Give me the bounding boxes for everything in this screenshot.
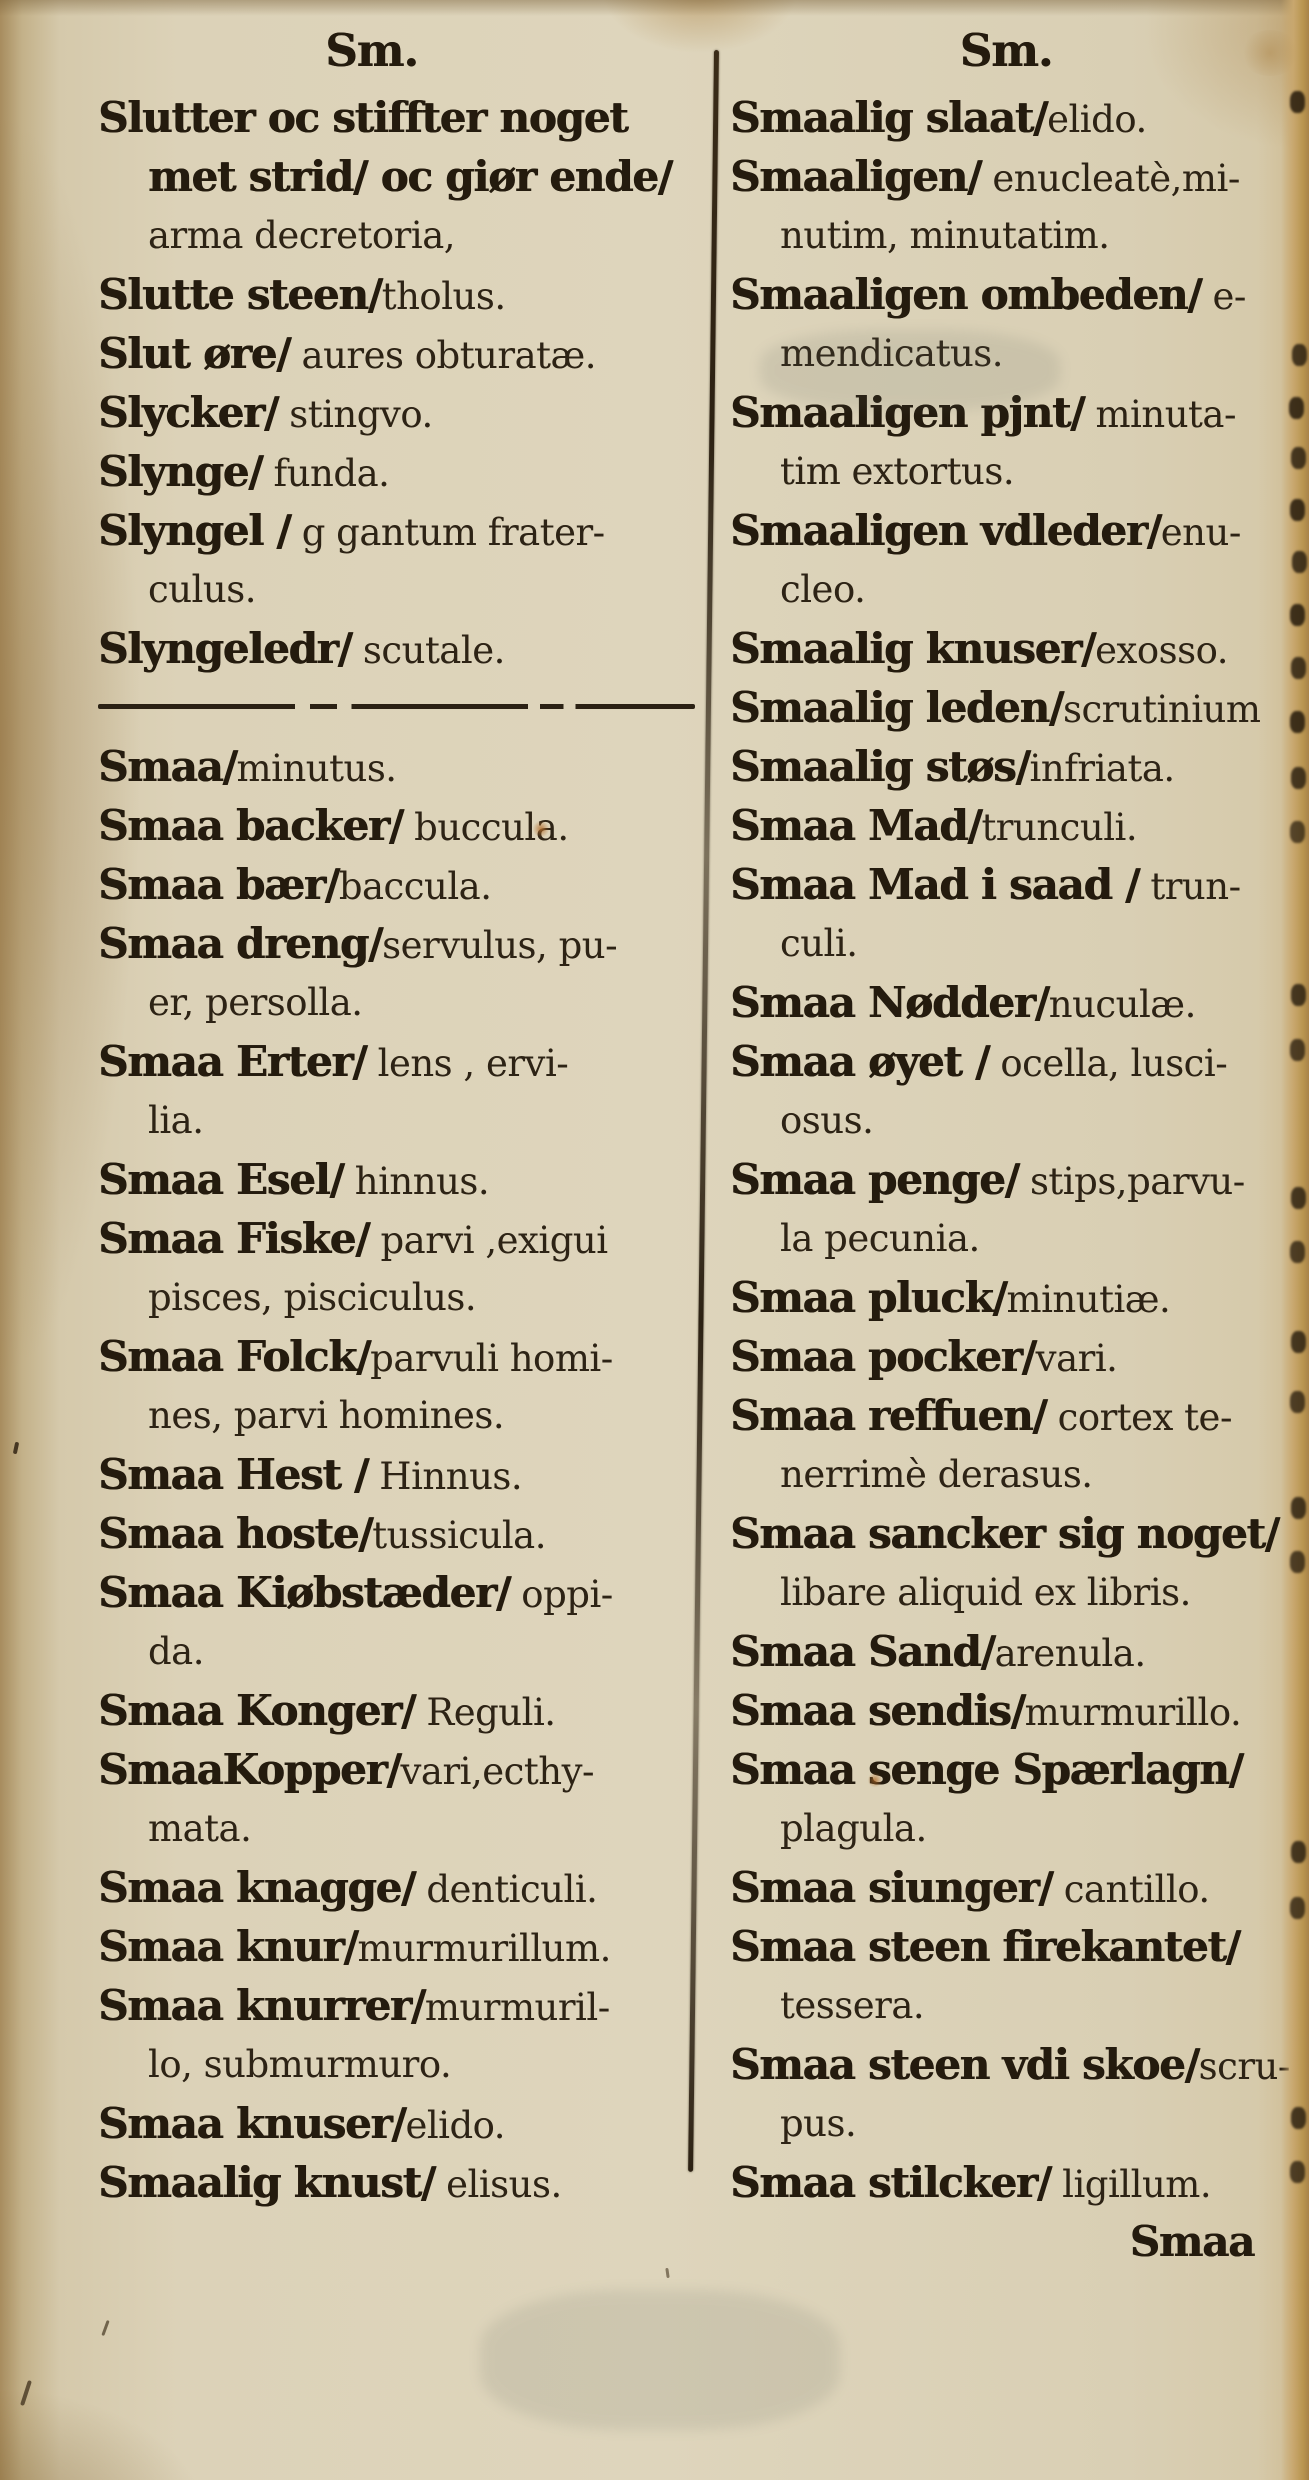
latin-gloss: enucleatè,mi-	[981, 157, 1240, 200]
headword: Slutter oc stiffter noget	[98, 93, 627, 142]
dictionary-line: met strid/ oc giør ende/	[98, 147, 645, 206]
latin-gloss: minuta-	[1084, 393, 1236, 436]
headword: Smaa	[1130, 2217, 1254, 2266]
latin-gloss: la pecunia.	[780, 1217, 980, 1260]
headword: Smaa steen firekantet/	[730, 1922, 1240, 1971]
dictionary-line: er, persolla.	[98, 973, 645, 1032]
dictionary-line: Smaa sancker sig noget/	[730, 1504, 1282, 1563]
headword: Smaalig knust/	[98, 2158, 435, 2207]
latin-gloss: nerrimè derasus.	[780, 1453, 1093, 1496]
dictionary-line: Smaa Esel/ hinnus.	[98, 1150, 645, 1209]
dictionary-line: tim extortus.	[730, 442, 1282, 501]
latin-gloss: minutus.	[237, 747, 397, 790]
headword: Smaa hoste/	[98, 1509, 372, 1558]
latin-gloss: infriata.	[1030, 747, 1175, 790]
headword: Slyngeledr/	[98, 624, 352, 673]
dictionary-line: Smaa knuser/elido.	[98, 2094, 645, 2153]
latin-gloss: lia.	[148, 1099, 204, 1142]
headword: Smaaligen ombeden/	[730, 270, 1201, 319]
dictionary-line: cleo.	[730, 560, 1282, 619]
dictionary-line: lo, submurmuro.	[98, 2035, 645, 2094]
dictionary-line: Smaaligen/ enucleatè,mi-	[730, 147, 1282, 206]
headword: Smaalig støs/	[730, 742, 1030, 791]
dictionary-line: Smaa hoste/tussicula.	[98, 1504, 645, 1563]
dictionary-line: nutim, minutatim.	[730, 206, 1282, 265]
latin-gloss: Reguli.	[415, 1691, 555, 1734]
dictionary-line: culus.	[98, 560, 645, 619]
dictionary-line: Smaa pocker/vari.	[730, 1327, 1282, 1386]
latin-gloss: cleo.	[780, 568, 865, 611]
latin-gloss: tholus.	[382, 275, 506, 318]
dictionary-line: Smaa sendis/murmurillo.	[730, 1681, 1282, 1740]
dictionary-line: Smaa Nødder/nuculæ.	[730, 973, 1282, 1032]
dictionary-line: Smaa Fiske/ parvi ,exigui	[98, 1209, 645, 1268]
latin-gloss: denticuli.	[415, 1868, 597, 1911]
dictionary-line: nes, parvi homines.	[98, 1386, 645, 1445]
headword: Smaa senge Spærlagn/	[730, 1745, 1243, 1794]
dictionary-line: plagula.	[730, 1799, 1282, 1858]
latin-gloss: trunculi.	[981, 806, 1137, 849]
latin-gloss: libare aliquid ex libris.	[780, 1571, 1191, 1614]
headword: Smaa Erter/	[98, 1037, 366, 1086]
dictionary-line: Smaa Konger/ Reguli.	[98, 1681, 645, 1740]
headword: Smaa penge/	[730, 1155, 1019, 1204]
headword: Smaa Esel/	[98, 1155, 344, 1204]
headword: Smaa øyet /	[730, 1037, 989, 1086]
dictionary-line: Smaa bær/baccula.	[98, 855, 645, 914]
latin-gloss: vari.	[1036, 1337, 1118, 1380]
latin-gloss: cantillo.	[1052, 1868, 1209, 1911]
dictionary-line: pus.	[730, 2094, 1282, 2153]
dictionary-line: SmaaKopper/vari,ecthy-	[98, 1740, 645, 1799]
latin-gloss: exosso.	[1095, 629, 1228, 672]
headword: Smaa knur/	[98, 1922, 357, 1971]
dictionary-line: Smaa penge/ stips,parvu-	[730, 1150, 1282, 1209]
dictionary-line: Smaa Mad i saad / trun-	[730, 855, 1282, 914]
headword: met strid/ oc giør ende/	[148, 152, 672, 201]
latin-gloss: hinnus.	[344, 1160, 490, 1203]
latin-gloss: stips,parvu-	[1019, 1160, 1245, 1203]
headword: Smaa knagge/	[98, 1863, 415, 1912]
show-through-smudge	[760, 330, 1060, 410]
scanned-dictionary-page: { "page": { "kind": "early-modern Danish…	[0, 0, 1309, 2480]
ink-speck	[665, 2268, 669, 2278]
dictionary-line: libare aliquid ex libris.	[730, 1563, 1282, 1622]
latin-gloss: arma decretoria,	[148, 214, 455, 257]
headword: Slut øre/	[98, 329, 290, 378]
latin-gloss: scrutinium	[1063, 688, 1261, 731]
dictionary-line: nerrimè derasus.	[730, 1445, 1282, 1504]
headword: Smaa Konger/	[98, 1686, 415, 1735]
dictionary-line: Smaa Mad/trunculi.	[730, 796, 1282, 855]
headword: Smaalig slaat/	[730, 93, 1047, 142]
dictionary-line: pisces, pisciculus.	[98, 1268, 645, 1327]
latin-gloss: baccula.	[339, 865, 492, 908]
running-head-left: Sm.	[98, 24, 645, 77]
dictionary-line: Smaa siunger/ cantillo.	[730, 1858, 1282, 1917]
dictionary-line: Smaalig slaat/elido.	[730, 88, 1282, 147]
dictionary-line: osus.	[730, 1091, 1282, 1150]
dictionary-line: Smaaligen ombeden/ e-	[730, 265, 1282, 324]
page-edge-strip	[1281, 0, 1309, 2480]
headword: Smaa Sand/	[730, 1627, 995, 1676]
latin-gloss: minutiæ.	[1007, 1278, 1171, 1321]
right-column: Smaalig slaat/elido.Smaaligen/ enucleatè…	[730, 88, 1282, 2271]
headword: Smaa Fiske/	[98, 1214, 369, 1263]
dictionary-line: Smaa Sand/arenula.	[730, 1622, 1282, 1681]
dictionary-line: culi.	[730, 914, 1282, 973]
dictionary-line: Slyngeledr/ scutale.	[98, 619, 645, 678]
dictionary-line: Smaa dreng/servulus, pu-	[98, 914, 645, 973]
headword: Smaa bær/	[98, 860, 339, 909]
headword: Smaalig knuser/	[730, 624, 1095, 673]
dictionary-line: Smaa steen firekantet/	[730, 1917, 1282, 1976]
headword: Smaa backer/	[98, 801, 403, 850]
headword: SmaaKopper/	[98, 1745, 401, 1794]
latin-gloss: lo, submurmuro.	[148, 2043, 451, 2086]
latin-gloss: scutale.	[352, 629, 505, 672]
headword: Smaa steen vdi skoe/	[730, 2040, 1199, 2089]
dictionary-line: Smaa backer/ buccula.	[98, 796, 645, 855]
latin-gloss: servulus, pu-	[382, 924, 617, 967]
latin-gloss: nuculæ.	[1049, 983, 1196, 1026]
headword: Slutte steen/	[98, 270, 382, 319]
dictionary-line: Smaa reffuen/ cortex te-	[730, 1386, 1282, 1445]
dictionary-line: Smaalig knuser/exosso.	[730, 619, 1282, 678]
column-divider-rule	[688, 50, 719, 2172]
headword: Smaaligen/	[730, 152, 981, 201]
headword: Smaa Mad/	[730, 801, 981, 850]
headword: Smaa knurrer/	[98, 1981, 425, 2030]
latin-gloss: nes, parvi homines.	[148, 1394, 504, 1437]
latin-gloss: buccula.	[403, 806, 569, 849]
left-column: Slutter oc stiffter nogetmet strid/ oc g…	[98, 88, 645, 2212]
facing-page-ink-bleed	[1292, 0, 1305, 20]
dictionary-line: arma decretoria,	[98, 206, 645, 265]
latin-gloss: nutim, minutatim.	[780, 214, 1110, 257]
dictionary-line: Smaa pluck/minutiæ.	[730, 1268, 1282, 1327]
headword: Smaa pocker/	[730, 1332, 1036, 1381]
dictionary-line: Smaalig støs/infriata.	[730, 737, 1282, 796]
latin-gloss: e-	[1201, 275, 1246, 318]
dictionary-line: Slutte steen/tholus.	[98, 265, 645, 324]
latin-gloss: tussicula.	[372, 1514, 546, 1557]
latin-gloss: g gantum frater-	[290, 511, 604, 554]
dictionary-line: Smaalig knust/ elisus.	[98, 2153, 645, 2212]
dictionary-line: Smaa knagge/ denticuli.	[98, 1858, 645, 1917]
headword: Smaalig leden/	[730, 683, 1063, 732]
latin-gloss: arenula.	[995, 1632, 1146, 1675]
catchword: Smaa	[730, 2212, 1282, 2271]
dictionary-line: Slutter oc stiffter noget	[98, 88, 645, 147]
ink-speck	[13, 1442, 19, 1455]
headword: Smaa Folck/	[98, 1332, 370, 1381]
dictionary-line: Smaa steen vdi skoe/scru-	[730, 2035, 1282, 2094]
latin-gloss: cortex te-	[1046, 1396, 1232, 1439]
headword: Slynge/	[98, 447, 262, 496]
headword: Smaa stilcker/	[730, 2158, 1051, 2207]
latin-gloss: ligillum.	[1051, 2163, 1211, 2206]
dictionary-line: Slyngel / g gantum frater-	[98, 501, 645, 560]
latin-gloss: elido.	[405, 2104, 505, 2147]
dictionary-line: tessera.	[730, 1976, 1282, 2035]
section-divider-rule	[98, 678, 645, 737]
latin-gloss: aures obturatæ.	[290, 334, 596, 377]
running-head-right: Sm.	[730, 24, 1282, 77]
latin-gloss: culi.	[780, 922, 857, 965]
dictionary-line: Smaa senge Spærlagn/	[730, 1740, 1282, 1799]
dictionary-line: Smaa Hest / Hinnus.	[98, 1445, 645, 1504]
dictionary-line: Smaalig leden/scrutinium	[730, 678, 1282, 737]
ink-speck	[20, 2380, 32, 2406]
headword: Smaa sancker sig noget/	[730, 1509, 1279, 1558]
latin-gloss: parvuli homi-	[370, 1337, 613, 1380]
latin-gloss: ocella, lusci-	[989, 1042, 1227, 1085]
dictionary-line: lia.	[98, 1091, 645, 1150]
latin-gloss: elido.	[1047, 98, 1147, 141]
dictionary-line: Smaa/minutus.	[98, 737, 645, 796]
headword: Smaa siunger/	[730, 1863, 1052, 1912]
latin-gloss: er, persolla.	[148, 981, 363, 1024]
dictionary-line: Slynge/ funda.	[98, 442, 645, 501]
dictionary-line: Smaa stilcker/ ligillum.	[730, 2153, 1282, 2212]
dictionary-line: Smaa knur/murmurillum.	[98, 1917, 645, 1976]
latin-gloss: enu-	[1161, 511, 1241, 554]
latin-gloss: plagula.	[780, 1807, 927, 1850]
dictionary-line: Slut øre/ aures obturatæ.	[98, 324, 645, 383]
dictionary-line: la pecunia.	[730, 1209, 1282, 1268]
latin-gloss: tessera.	[780, 1984, 924, 2027]
latin-gloss: vari,ecthy-	[401, 1750, 594, 1793]
latin-gloss: murmurillo.	[1025, 1691, 1242, 1734]
dictionary-line: Smaa knurrer/murmuril-	[98, 1976, 645, 2035]
dictionary-line: Smaa Folck/parvuli homi-	[98, 1327, 645, 1386]
latin-gloss: elisus.	[435, 2163, 562, 2206]
show-through-smudge	[480, 2290, 840, 2430]
dictionary-line: Smaa Kiøbstæder/ oppi-	[98, 1563, 645, 1622]
headword: Smaaligen vdleder/	[730, 506, 1161, 555]
headword: Smaa dreng/	[98, 919, 382, 968]
headword: Smaa Kiøbstæder/	[98, 1568, 510, 1617]
latin-gloss: stingvo.	[278, 393, 433, 436]
dictionary-line: da.	[98, 1622, 645, 1681]
headword: Smaa Nødder/	[730, 978, 1049, 1027]
latin-gloss: oppi-	[510, 1573, 613, 1616]
headword: Smaa Mad i saad /	[730, 860, 1139, 909]
dictionary-line: Slycker/ stingvo.	[98, 383, 645, 442]
headword: Slyngel /	[98, 506, 290, 555]
latin-gloss: da.	[148, 1630, 204, 1673]
latin-gloss: lens , ervi-	[366, 1042, 568, 1085]
headword: Smaa knuser/	[98, 2099, 405, 2148]
latin-gloss: pisces, pisciculus.	[148, 1276, 476, 1319]
headword: Smaa/	[98, 742, 237, 791]
latin-gloss: tim extortus.	[780, 450, 1014, 493]
latin-gloss: osus.	[780, 1099, 873, 1142]
dictionary-line: mata.	[98, 1799, 645, 1858]
latin-gloss: funda.	[262, 452, 389, 495]
headword: Smaa Hest /	[98, 1450, 368, 1499]
headword: Smaa pluck/	[730, 1273, 1007, 1322]
dictionary-line: Smaaligen vdleder/enu-	[730, 501, 1282, 560]
latin-gloss: Hinnus.	[368, 1455, 522, 1498]
headword: Smaa reffuen/	[730, 1391, 1046, 1440]
ink-speck	[101, 2320, 109, 2336]
dictionary-line: Smaa øyet / ocella, lusci-	[730, 1032, 1282, 1091]
latin-gloss: murmuril-	[425, 1986, 610, 2029]
page-top-shadow	[0, 0, 1309, 16]
latin-gloss: pus.	[780, 2102, 856, 2145]
latin-gloss: mata.	[148, 1807, 251, 1850]
latin-gloss: murmurillum.	[357, 1927, 610, 1970]
headword: Slycker/	[98, 388, 278, 437]
dictionary-line: Smaa Erter/ lens , ervi-	[98, 1032, 645, 1091]
headword: Smaa sendis/	[730, 1686, 1025, 1735]
latin-gloss: culus.	[148, 568, 256, 611]
latin-gloss: trun-	[1139, 865, 1240, 908]
latin-gloss: parvi ,exigui	[369, 1219, 607, 1262]
latin-gloss: scru-	[1199, 2045, 1290, 2088]
